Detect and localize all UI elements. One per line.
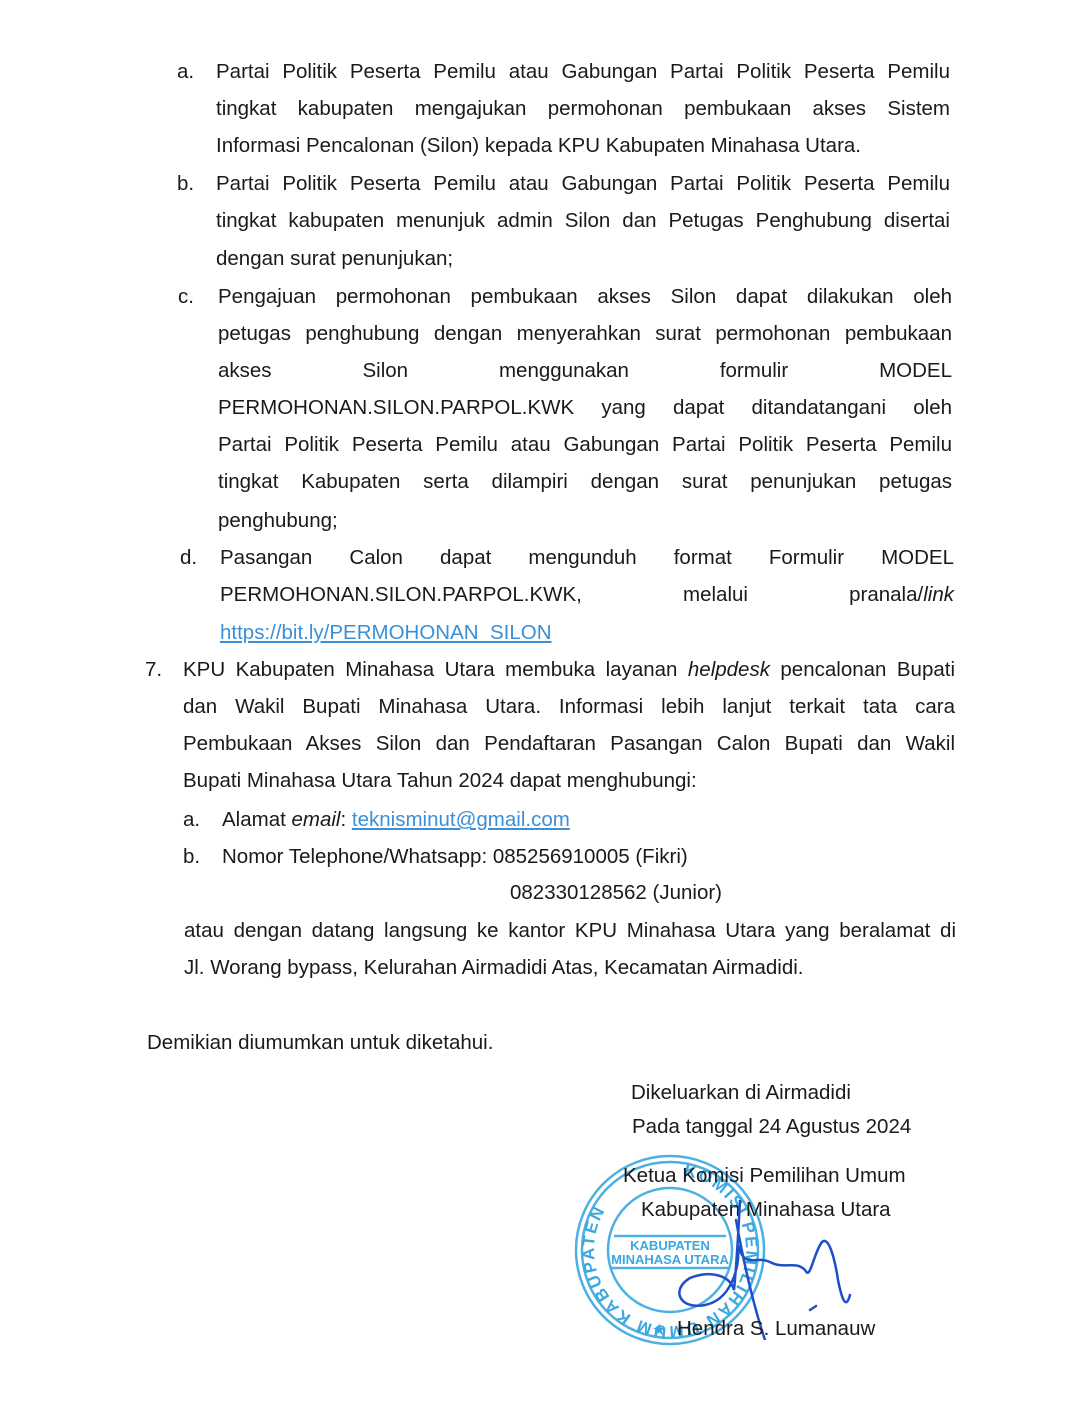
issued-place: Dikeluarkan di Airmadidi	[631, 1081, 851, 1105]
contact-phone-line: Nomor Telephone/Whatsapp: 085256910005 (…	[222, 845, 688, 869]
item-c-line-6: tingkat Kabupaten serta dilampiri dengan…	[218, 470, 952, 494]
via-word: melalui	[683, 583, 748, 607]
helpdesk-word: helpdesk	[688, 658, 770, 681]
item-d-line-2: PERMOHONAN.SILON.PARPOL.KWK, melalui pra…	[220, 583, 954, 607]
list-marker-7: 7.	[145, 658, 162, 682]
email-link[interactable]: teknisminut@gmail.com	[352, 808, 570, 831]
email-label-italic: email	[292, 808, 341, 831]
item-c-line-5: Partai Politik Peserta Pemilu atau Gabun…	[218, 433, 952, 457]
email-label-post: :	[341, 808, 352, 831]
item-c-line-3: akses Silon menggunakan formulir MODEL	[218, 359, 952, 383]
closing-statement: Demikian diumumkan untuk diketahui.	[147, 1031, 493, 1055]
phone-label: Nomor Telephone/Whatsapp:	[222, 845, 493, 868]
issued-date: Pada tanggal 24 Agustus 2024	[632, 1115, 911, 1139]
item7-line-2: dan Wakil Bupati Minahasa Utara. Informa…	[183, 695, 955, 719]
signatory-name: Hendra S. Lumanauw	[677, 1317, 875, 1341]
item7-line-4: Bupati Minahasa Utara Tahun 2024 dapat m…	[183, 769, 697, 793]
item7-line-3: Pembukaan Akses Silon dan Pendaftaran Pa…	[183, 732, 955, 756]
item-d-line-3: https://bit.ly/PERMOHONAN_SILON	[220, 621, 552, 645]
contact-marker-b: b.	[183, 845, 200, 869]
phone-junior: 082330128562 (Junior)	[510, 881, 722, 905]
item-b-line-2: tingkat kabupaten menunjuk admin Silon d…	[216, 209, 950, 233]
list-marker-a: a.	[177, 60, 194, 84]
contact-email-line: Alamat email: teknisminut@gmail.com	[222, 808, 570, 832]
permohonan-silon-link[interactable]: https://bit.ly/PERMOHONAN_SILON	[220, 621, 552, 644]
form-model-name: PERMOHONAN.SILON.PARPOL.KWK,	[220, 583, 582, 607]
closing-line-1: atau dengan datang langsung ke kantor KP…	[184, 919, 956, 943]
pranala-text: pranala/link	[849, 583, 954, 607]
list-marker-d: d.	[180, 546, 197, 570]
item-c-line-1: Pengajuan permohonan pembukaan akses Sil…	[218, 285, 952, 309]
contact-marker-a: a.	[183, 808, 200, 832]
item7-line-1: KPU Kabupaten Minahasa Utara membuka lay…	[183, 658, 955, 682]
list-marker-c: c.	[178, 285, 194, 309]
item-c-line-4: PERMOHONAN.SILON.PARPOL.KWK yang dapat d…	[218, 396, 952, 420]
signatory-title-1: Ketua Komisi Pemilihan Umum	[623, 1164, 906, 1188]
item-c-line-7: penghubung;	[218, 509, 338, 533]
item7-line-1-post: pencalonan Bupati	[770, 658, 955, 681]
link-word: link	[923, 583, 954, 606]
phone-fikri: 085256910005 (Fikri)	[493, 845, 688, 868]
email-label-pre: Alamat	[222, 808, 292, 831]
closing-line-2: Jl. Worang bypass, Kelurahan Airmadidi A…	[184, 956, 804, 980]
list-marker-b: b.	[177, 172, 194, 196]
item-a-line-1: Partai Politik Peserta Pemilu atau Gabun…	[216, 60, 950, 84]
item-b-line-1: Partai Politik Peserta Pemilu atau Gabun…	[216, 172, 950, 196]
item-c-line-2: petugas penghubung dengan menyerahkan su…	[218, 322, 952, 346]
item-a-line-3: Informasi Pencalonan (Silon) kepada KPU …	[216, 134, 861, 158]
item-b-line-3: dengan surat penunjukan;	[216, 247, 453, 271]
item-a-line-2: tingkat kabupaten mengajukan permohonan …	[216, 97, 950, 121]
item7-line-1-pre: KPU Kabupaten Minahasa Utara membuka lay…	[183, 658, 688, 681]
item-d-line-1: Pasangan Calon dapat mengunduh format Fo…	[220, 546, 954, 570]
